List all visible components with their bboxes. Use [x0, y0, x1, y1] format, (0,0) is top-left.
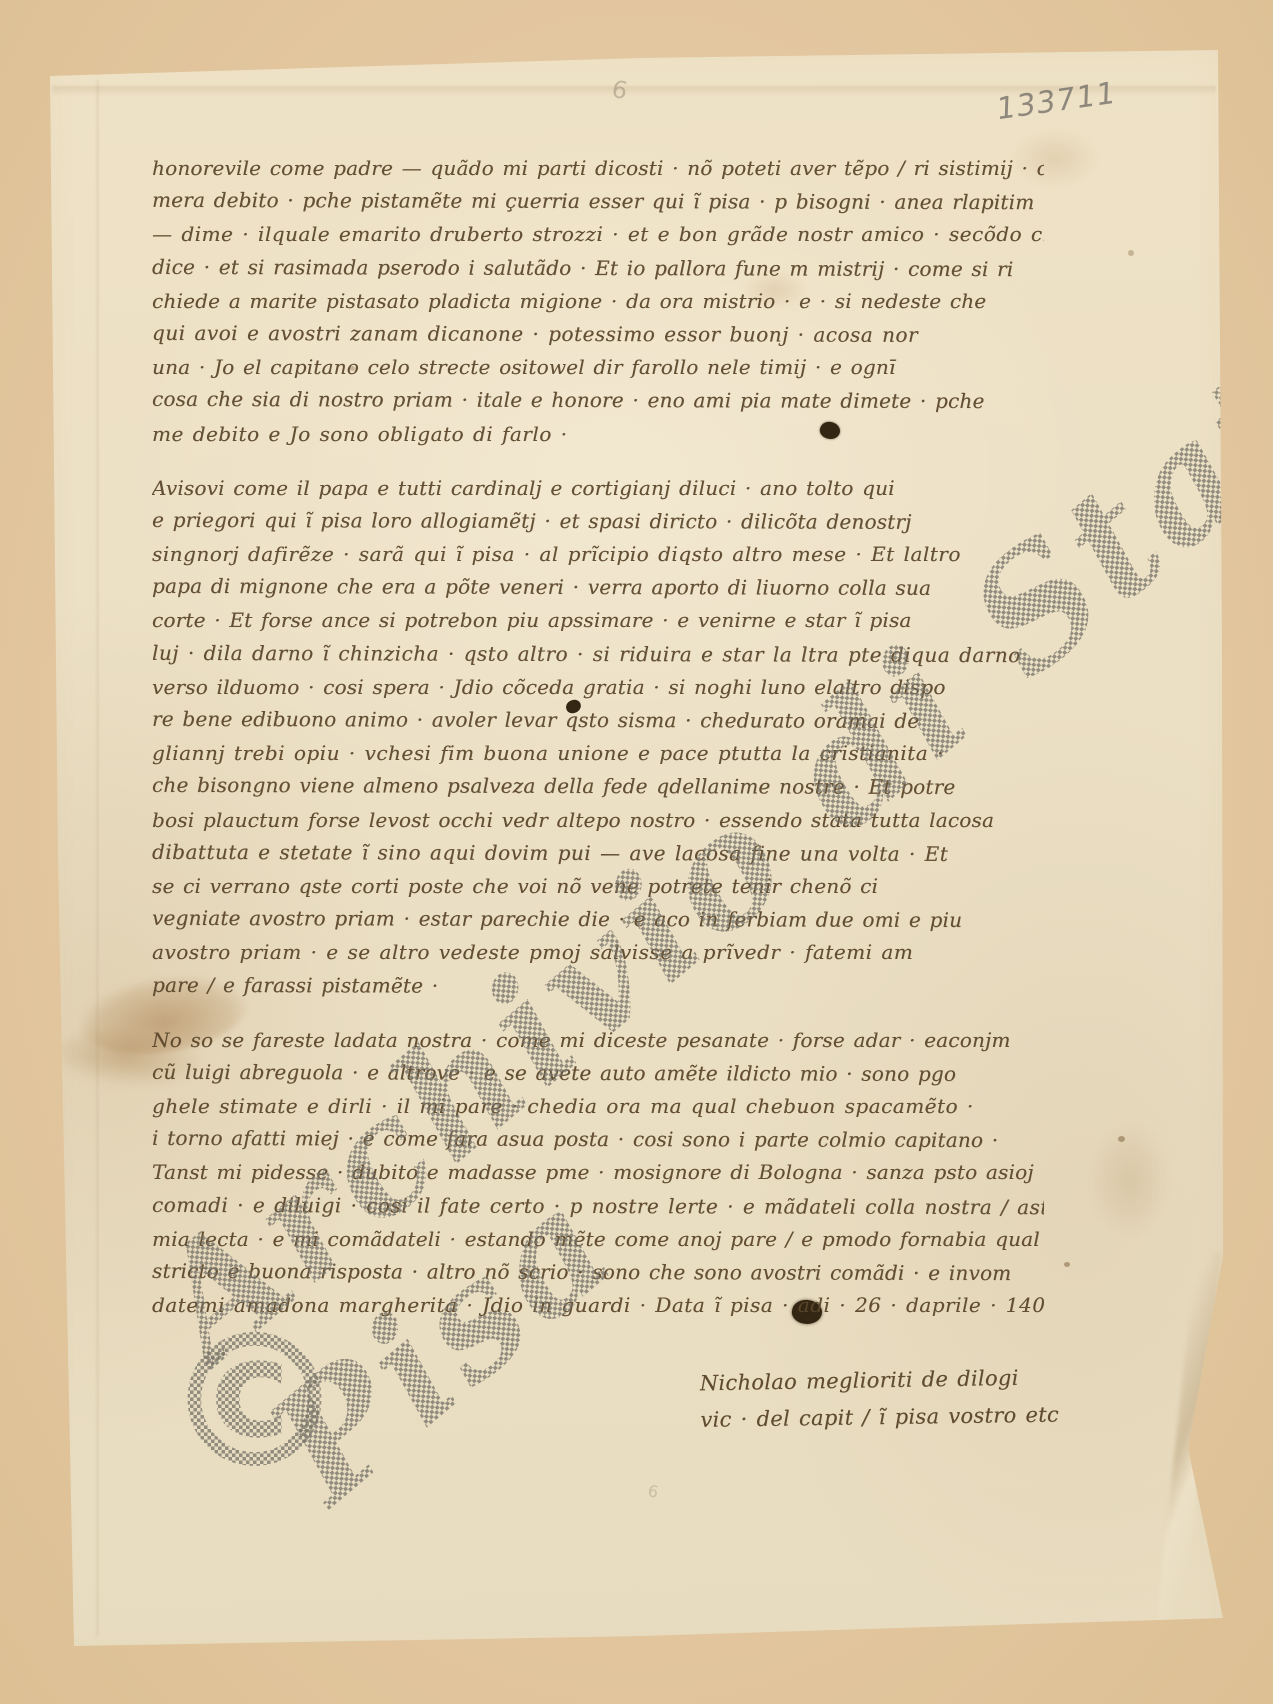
- copyright-icon: ©: [162, 1310, 347, 1495]
- speck: [1118, 1136, 1125, 1142]
- manuscript-line: re bene edibuono animo · avoler levar qs…: [152, 703, 1044, 739]
- speck: [1064, 1262, 1070, 1267]
- manuscript-line: datemi amadona margherita · Jdio in guar…: [152, 1289, 1044, 1322]
- fold-crease-right: [1156, 1250, 1222, 1631]
- manuscript-line: stricto e buona risposta · altro nõ scri…: [152, 1255, 1044, 1291]
- photograph-background: 133711 6 6 honorevile come padre — quãdo…: [0, 0, 1273, 1704]
- manuscript-line: una · Jo el capitano celo strecte ositow…: [152, 351, 1044, 384]
- manuscript-line: comadi · e diluigi · cosi il fate certo …: [152, 1188, 1044, 1224]
- manuscript-line: Nicholao meglioriti de dilogi: [699, 1359, 1080, 1403]
- manuscript-line: bosi plauctum forse levost occhi vedr al…: [152, 804, 1044, 837]
- manuscript-line: cosa che sia di nostro priam · itale e h…: [152, 383, 1044, 419]
- pencil-mark-top: 6: [609, 75, 630, 106]
- manuscript-line: qui avoi e avostri zanam dicanone · pote…: [152, 317, 1044, 353]
- manuscript-line: papa di mignone che era a põte veneri · …: [152, 570, 1044, 606]
- signature-block: Nicholao meglioriti de dilogivic · del c…: [699, 1359, 1080, 1440]
- foxing-spot: [1090, 1120, 1170, 1240]
- manuscript-line: vegniate avostro priam · estar parechie …: [152, 902, 1044, 938]
- manuscript-line: luj · dila darno ĩ chinzicha · qsto altr…: [152, 636, 1044, 672]
- manuscript-line: dice · et si rasimada pserodo i salutãdo…: [152, 250, 1044, 286]
- manuscript-line: vic · del capit / ĩ pisa vostro etc: [700, 1396, 1081, 1439]
- speck: [1128, 250, 1134, 256]
- manuscript-line: mia lecta · e mi comãdateli · estando mẽ…: [152, 1223, 1044, 1256]
- manuscript-line: Avisovi come il papa e tutti cardinalj e…: [152, 472, 1044, 505]
- letter-paragraph: honorevile come padre — quãdo mi parti d…: [152, 152, 1044, 451]
- letter-text: honorevile come padre — quãdo mi parti d…: [152, 152, 1044, 1332]
- manuscript-line: ghele stimate e dirli · il mi pare · che…: [152, 1090, 1044, 1123]
- manuscript-line: No so se fareste ladata nostra · come mi…: [152, 1024, 1044, 1057]
- manuscript-line: dibattuta e stetate ĩ sino aqui dovim pu…: [152, 836, 1044, 872]
- pencil-mark-bottom: 6: [646, 1481, 659, 1501]
- manuscript-line: verso ilduomo · cosi spera · Jdio cõceda…: [152, 671, 1044, 704]
- manuscript-line: honorevile come padre — quãdo mi parti d…: [152, 152, 1044, 185]
- manuscript-line: i torno afatti miej · e come fara asua p…: [152, 1122, 1044, 1158]
- letter-paragraph: Avisovi come il papa e tutti cardinalj e…: [152, 472, 1044, 1003]
- manuscript-line: avostro priam · e se altro vedeste pmoj …: [152, 936, 1044, 969]
- manuscript-line: cũ luigi abreguola · e altrove · e se av…: [152, 1056, 1044, 1092]
- manuscript-line: — dime · ilquale emarito druberto strozz…: [152, 218, 1044, 251]
- manuscript-line: singnorj dafirẽze · sarã qui ĩ pisa · al…: [152, 538, 1044, 571]
- fold-crease-left: [96, 80, 100, 1636]
- manuscript-line: pare / e farassi pistamẽte ·: [152, 968, 1044, 1004]
- manuscript-page: 133711 6 6 honorevile come padre — quãdo…: [0, 0, 1273, 1704]
- manuscript-line: corte · Et forse ance si potrebon piu ap…: [152, 604, 1044, 637]
- manuscript-line: Tanst mi pidesse · dubito e madasse pme …: [152, 1156, 1044, 1189]
- letter-paragraph: No so se fareste ladata nostra · come mi…: [152, 1024, 1044, 1323]
- archival-number: 133711: [996, 75, 1116, 127]
- manuscript-line: mera debito · pche pistamẽte mi çuerria …: [152, 184, 1044, 220]
- manuscript-line: e priegori qui ĩ pisa loro allogiamẽtj ·…: [152, 504, 1044, 540]
- manuscript-line: se ci verrano qste corti poste che voi n…: [152, 870, 1044, 903]
- manuscript-line: che bisongno viene almeno psalveza della…: [152, 769, 1044, 805]
- manuscript-line: me debito e Jo sono obligato di farlo ·: [152, 418, 1044, 451]
- manuscript-line: chiede a marite pistasato pladicta migio…: [152, 285, 1044, 318]
- manuscript-line: gliannj trebi opiu · vchesi fim buona un…: [152, 737, 1044, 770]
